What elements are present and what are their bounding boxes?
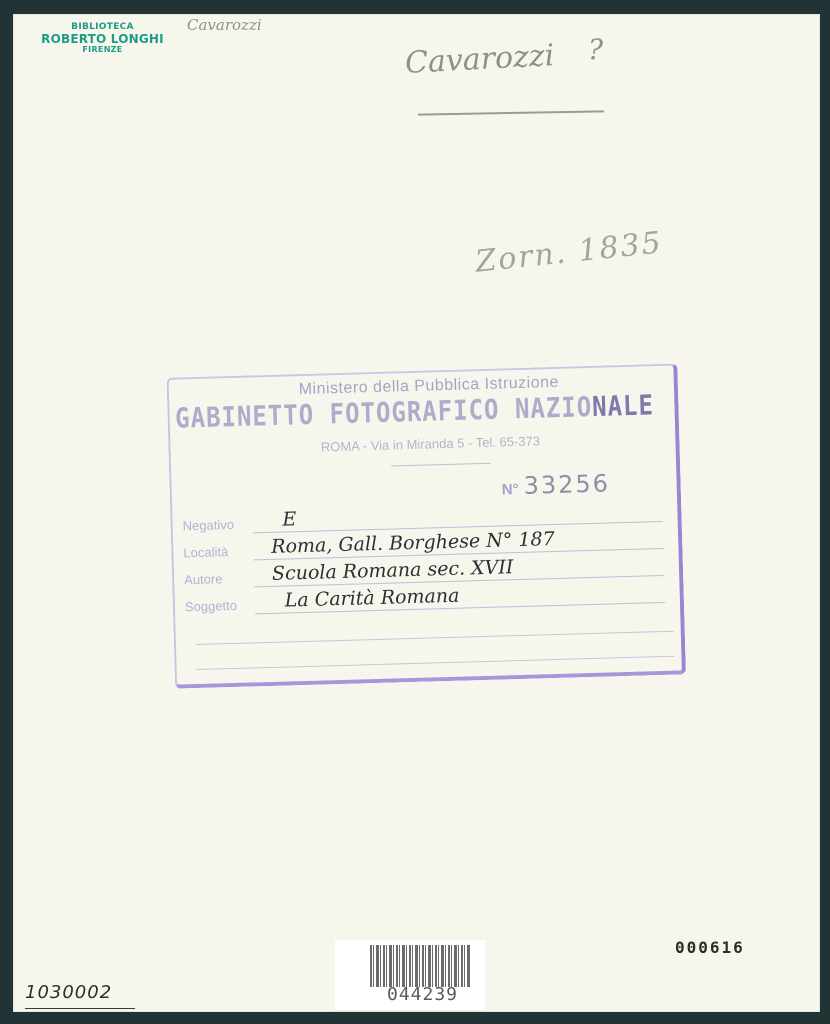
barcode-icon — [370, 945, 470, 987]
archive-number: 1030002 — [25, 982, 112, 1003]
inventory-number: 000616 — [675, 938, 745, 957]
pencil-note-question-mark: ? — [588, 33, 603, 66]
pencil-note-artist-small: Cavarozzi — [187, 16, 262, 34]
stamp-title-part3: NALE — [592, 389, 655, 423]
barcode-label: 044239 — [335, 940, 485, 1010]
stamp-number-label: N° — [502, 481, 519, 498]
field-label: Autore — [184, 571, 223, 587]
field-value: E — [282, 508, 296, 530]
ministry-stamp: Ministero della Pubblica Istruzione GABI… — [158, 345, 687, 689]
stamp-negative-number: N° 33256 — [501, 469, 610, 500]
stamp-number-value: 33256 — [523, 469, 610, 499]
field-label: Negativo — [182, 517, 234, 533]
stamp-title-part2: OTOGRAFICO NAZIO — [345, 391, 593, 430]
archive-number-underline — [25, 1008, 135, 1009]
barcode-number: 044239 — [365, 984, 480, 1005]
stamp-title-part1: GABINETTO F — [175, 398, 346, 435]
field-label: Località — [183, 544, 228, 560]
library-stamp: BIBLIOTECA ROBERTO LONGHI FIRENZE — [40, 23, 165, 55]
field-label: Soggetto — [185, 598, 237, 614]
library-stamp-line3: FIRENZE — [40, 46, 165, 55]
